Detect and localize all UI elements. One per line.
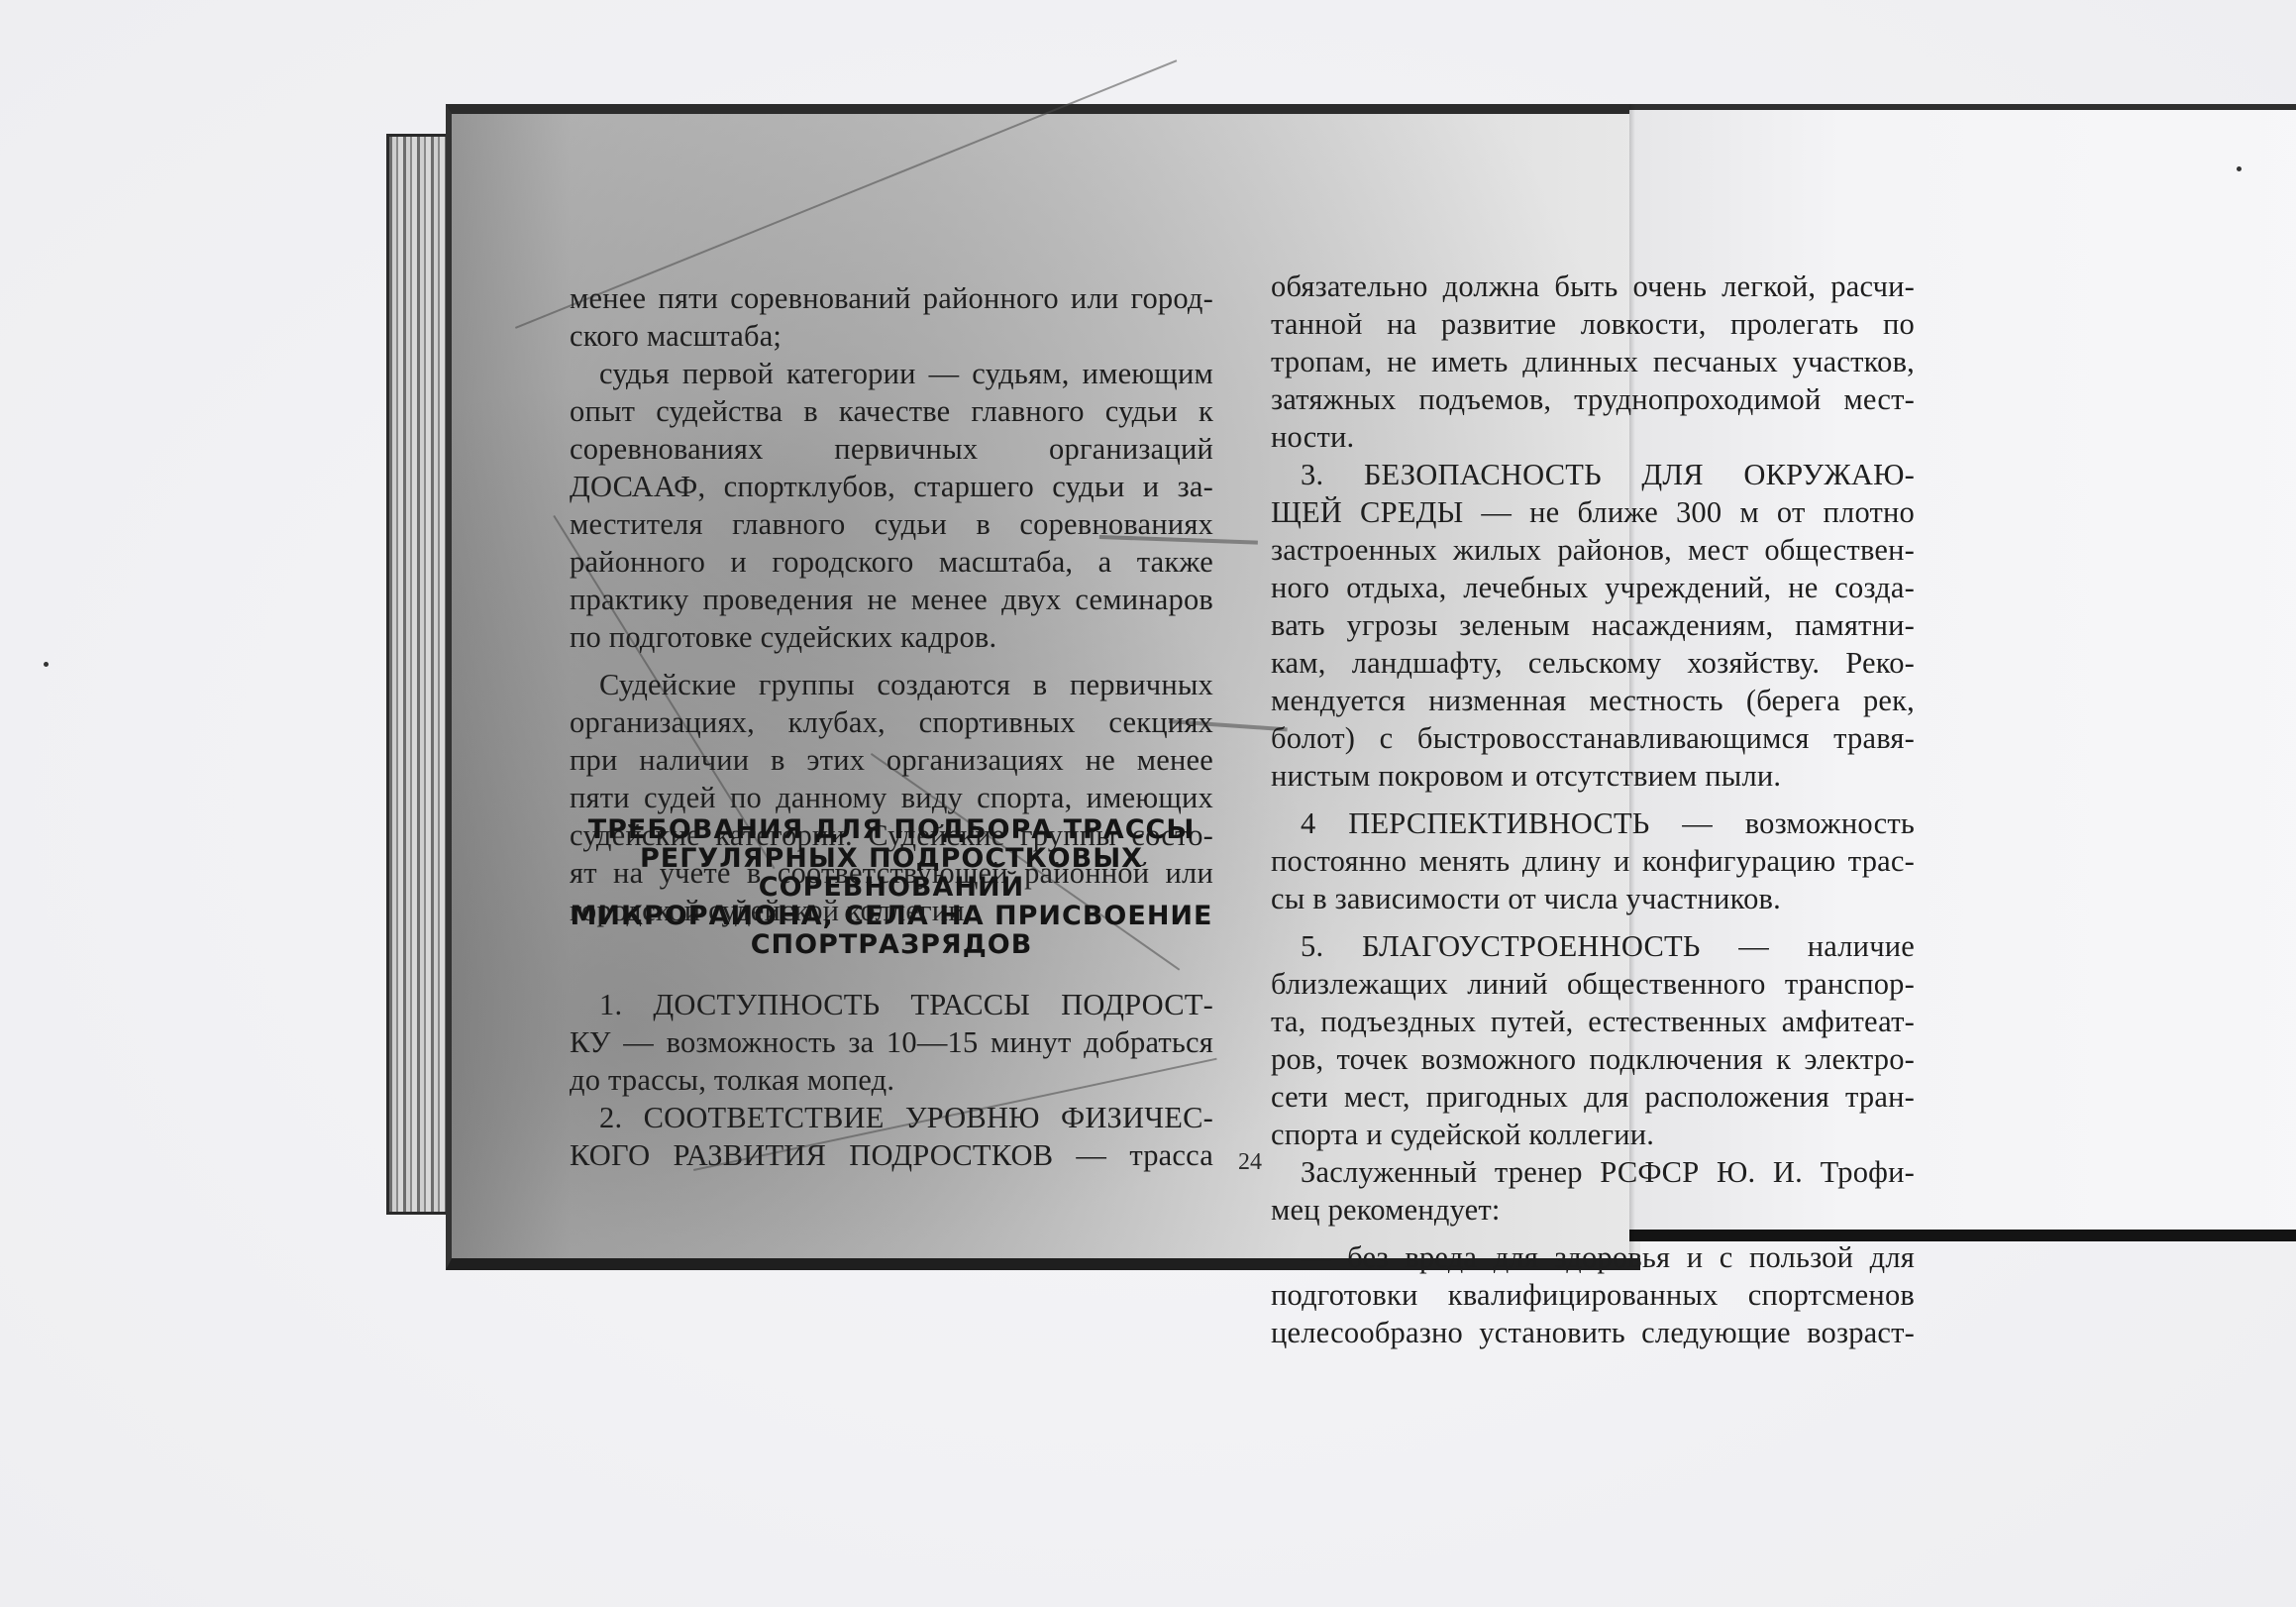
- right-column: обязательно должна быть очень легкой, ра…: [1271, 268, 1915, 1351]
- text-line: 5. БЛАГОУСТРОЕННОСТЬ — наличие: [1271, 927, 1915, 965]
- text-line: ного отдыха, лечебных учреждений, не соз…: [1271, 569, 1915, 606]
- text-line: целесообразно установить следующие возра…: [1271, 1314, 1915, 1351]
- scanned-page: менее пяти соревнований районного или го…: [0, 0, 2296, 1607]
- section-heading: ТРЕБОВАНИЯ ДЛЯ ПОДБОРА ТРАССЫ РЕГУЛЯРНЫХ…: [570, 815, 1213, 959]
- paragraph: 3. БЕЗОПАСНОСТЬ ДЛЯ ОКРУЖАЮ- ЩЕЙ СРЕДЫ —…: [1271, 456, 1915, 795]
- paragraph: 1. ДОСТУПНОСТЬ ТРАССЫ ПОДРОСТ- КУ — возм…: [570, 986, 1213, 1099]
- text-line: сы в зависимости от числа участников.: [1271, 880, 1915, 917]
- heading-line: МИКРОРАЙОНА, СЕЛА НА ПРИСВОЕНИЕ: [570, 902, 1213, 930]
- text-line: 1. ДОСТУПНОСТЬ ТРАССЫ ПОДРОСТ-: [570, 986, 1213, 1023]
- text-line: КОГО РАЗВИТИЯ ПОДРОСТКОВ — трасса: [570, 1136, 1213, 1174]
- text-line: пяти судей по данному виду спорта, имеющ…: [570, 779, 1213, 816]
- text-line: застроенных жилых районов, мест обществе…: [1271, 531, 1915, 569]
- text-line: соревнованиях первичных организаций: [570, 430, 1213, 468]
- text-line: ЩЕЙ СРЕДЫ — не ближе 300 м от плотно: [1271, 493, 1915, 531]
- text-line: затяжных подъемов, труднопроходимой мест…: [1271, 380, 1915, 418]
- text-line: при наличии в этих организациях не менее: [570, 741, 1213, 779]
- text-line: судья первой категории — судьям, имеющим: [570, 355, 1213, 392]
- scan-speck: [2237, 166, 2242, 171]
- paragraph: судья первой категории — судьям, имеющим…: [570, 355, 1213, 656]
- text-line: близлежащих линий общественного транспор…: [1271, 965, 1915, 1003]
- text-line: организациях, клубах, спортивных секциях: [570, 703, 1213, 741]
- paragraph: 2. СООТВЕТСТВИЕ УРОВНЮ ФИЗИЧЕС- КОГО РАЗ…: [570, 1099, 1213, 1174]
- paragraph: 4 ПЕРСПЕКТИВНОСТЬ — возможность постоянн…: [1271, 804, 1915, 917]
- text-line: — без вреда для здоровья и с пользой для: [1271, 1238, 1915, 1276]
- scan-speck: [44, 662, 49, 667]
- text-line: до трассы, толкая мопед.: [570, 1061, 1213, 1099]
- text-line: болот) с быстровосстанавливающимся травя…: [1271, 719, 1915, 757]
- paragraph: обязательно должна быть очень легкой, ра…: [1271, 268, 1915, 456]
- text-line: менее пяти соревнований районного или го…: [570, 279, 1213, 317]
- text-line: 2. СООТВЕТСТВИЕ УРОВНЮ ФИЗИЧЕС-: [570, 1099, 1213, 1136]
- text-line: постоянно менять длину и конфигурацию тр…: [1271, 842, 1915, 880]
- left-column-lower: 1. ДОСТУПНОСТЬ ТРАССЫ ПОДРОСТ- КУ — возм…: [570, 986, 1213, 1174]
- paragraph: 5. БЛАГОУСТРОЕННОСТЬ — наличие близлежащ…: [1271, 927, 1915, 1153]
- text-line: нистым покровом и отсутствием пыли.: [1271, 757, 1915, 795]
- text-line: кам, ландшафту, сельскому хозяйству. Рек…: [1271, 644, 1915, 682]
- text-line: практику проведения не менее двух семина…: [570, 581, 1213, 618]
- text-line: опыт судейства в качестве главного судьи…: [570, 392, 1213, 430]
- heading-line: ТРЕБОВАНИЯ ДЛЯ ПОДБОРА ТРАССЫ: [570, 815, 1213, 844]
- paragraph: менее пяти соревнований районного или го…: [570, 279, 1213, 355]
- text-line: сети мест, пригодных для расположения тр…: [1271, 1078, 1915, 1116]
- text-line: 4 ПЕРСПЕКТИВНОСТЬ — возможность: [1271, 804, 1915, 842]
- text-line: Заслуженный тренер РСФСР Ю. И. Трофи-: [1271, 1153, 1915, 1191]
- text-line: Судейские группы создаются в первичных: [570, 666, 1213, 703]
- text-line: танной на развитие ловкости, пролегать п…: [1271, 305, 1915, 343]
- text-line: местителя главного судьи в соревнованиях: [570, 505, 1213, 543]
- text-line: КУ — возможность за 10—15 минут добратьс…: [570, 1023, 1213, 1061]
- heading-line: РЕГУЛЯРНЫХ ПОДРОСТКОВЫХ: [570, 844, 1213, 873]
- text-line: районного и городского масштаба, а также: [570, 543, 1213, 581]
- paragraph: — без вреда для здоровья и с пользой для…: [1271, 1238, 1915, 1351]
- text-line: 3. БЕЗОПАСНОСТЬ ДЛЯ ОКРУЖАЮ-: [1271, 456, 1915, 493]
- text-line: обязательно должна быть очень легкой, ра…: [1271, 268, 1915, 305]
- text-line: ров, точек возможного подключения к элек…: [1271, 1040, 1915, 1078]
- heading-line: СПОРТРАЗРЯДОВ: [570, 930, 1213, 959]
- text-line: по подготовке судейских кадров.: [570, 618, 1213, 656]
- page-number: 24: [1238, 1149, 1262, 1176]
- text-line: вать угрозы зеленым насаждениям, памятни…: [1271, 606, 1915, 644]
- heading-line: СОРЕВНОВАНИЙ: [570, 873, 1213, 902]
- paragraph: Заслуженный тренер РСФСР Ю. И. Трофи- ме…: [1271, 1153, 1915, 1229]
- text-line: мендуется низменная местность (берега ре…: [1271, 682, 1915, 719]
- text-line: та, подъездных путей, естественных амфит…: [1271, 1003, 1915, 1040]
- text-line: тропам, не иметь длинных песчаных участк…: [1271, 343, 1915, 380]
- text-line: ского масштаба;: [570, 317, 1213, 355]
- text-line: ности.: [1271, 418, 1915, 456]
- text-line: ДОСААФ, спортклубов, старшего судьи и за…: [570, 468, 1213, 505]
- text-line: спорта и судейской коллегии.: [1271, 1116, 1915, 1153]
- text-line: мец рекомендует:: [1271, 1191, 1915, 1229]
- text-line: подготовки квалифицированных спортсменов: [1271, 1276, 1915, 1314]
